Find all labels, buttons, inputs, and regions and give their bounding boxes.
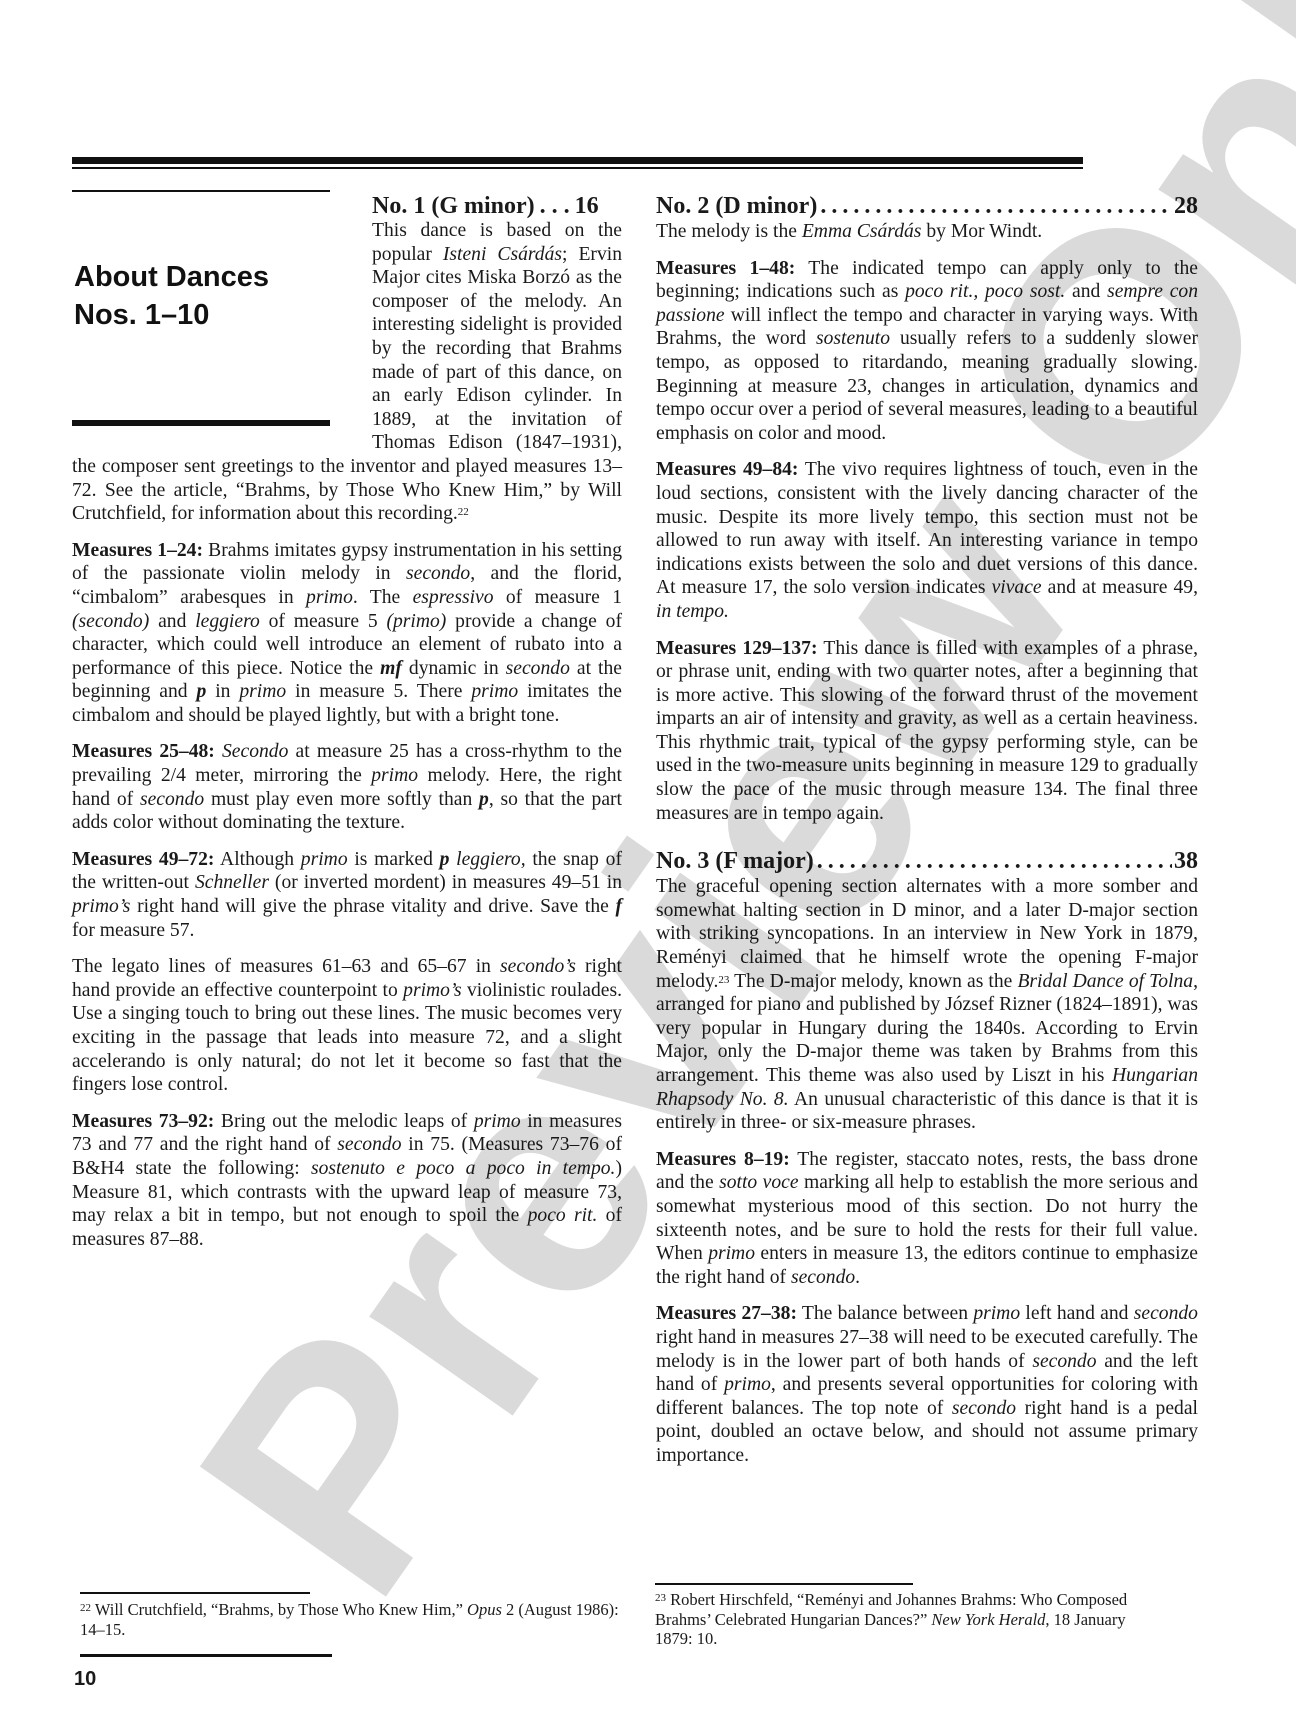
dance1-legato-paragraph: The legato lines of measures 61–63 and 6… — [72, 955, 622, 1097]
dance2-dots: ........................................… — [817, 192, 1172, 220]
dance2-measures-49-84: Measures 49–84: The vivo requires lightn… — [656, 458, 1198, 623]
dance2-measures-129-137: Measures 129–137: This dance is filled w… — [656, 637, 1198, 826]
dynamic-f: f — [615, 896, 622, 917]
sidebar-float-spacer — [72, 219, 372, 437]
dynamic-p: p — [479, 789, 489, 810]
dance2-measures-1-48: Measures 1–48: The indicated tempo can a… — [656, 257, 1198, 446]
dance1-measures-1-24: Measures 1–24: Brahms imitates gypsy ins… — [72, 539, 622, 728]
dance1-measures-25-48: Measures 25–48: Secondo at measure 25 ha… — [72, 740, 622, 834]
dance1-measures-49-72: Measures 49–72: Although primo is marked… — [72, 848, 622, 942]
dynamic-p: p — [197, 681, 207, 702]
dance2-page-ref: 28 — [1172, 192, 1198, 220]
dance1-heading: No. 1 (G minor) . . . 16 — [372, 192, 622, 220]
dance3-intro: The graceful opening section alternates … — [656, 875, 1198, 1135]
header-rule-thin — [72, 167, 1083, 169]
dance2-title: No. 2 (D minor) — [656, 192, 817, 220]
dance1-intro: This dance is based on the popular Isten… — [72, 219, 622, 526]
footnote-rule-right — [655, 1583, 913, 1585]
dance3-measures-27-38: Measures 27–38: The balance between prim… — [656, 1302, 1198, 1467]
dance3-title: No. 3 (F major) — [656, 847, 814, 875]
dance2-heading: No. 2 (D minor) ........................… — [656, 192, 1198, 220]
dance3-heading: No. 3 (F major) ........................… — [656, 847, 1198, 875]
dance3-measures-8-19: Measures 8–19: The register, staccato no… — [656, 1148, 1198, 1290]
dance2-intro: The melody is the Emma Csárdás by Mor Wi… — [656, 220, 1198, 244]
sidebar-rule-top — [72, 190, 330, 192]
dance3-dots: ........................................… — [814, 847, 1172, 875]
footer-rule — [80, 1654, 332, 1657]
dynamic-p: p — [440, 849, 450, 870]
dance1-intro-block: No. 1 (G minor) . . . 16 — [372, 192, 622, 220]
header-rule-thick — [72, 157, 1083, 164]
footnote-ref-22[interactable]: 22 — [458, 506, 469, 518]
dance1-page-ref: 16 — [575, 192, 599, 220]
dance3-page-ref: 38 — [1172, 847, 1198, 875]
footnote-ref-23[interactable]: 23 — [718, 974, 729, 986]
dance1-title: No. 1 (G minor) — [372, 192, 535, 220]
page-number: 10 — [74, 1668, 96, 1691]
right-column: No. 2 (D minor) ........................… — [656, 192, 1198, 1481]
left-column: This dance is based on the popular Isten… — [72, 219, 622, 1264]
footnote-rule-left — [80, 1592, 310, 1594]
dance1-measures-73-92: Measures 73–92: Bring out the melodic le… — [72, 1110, 622, 1252]
dance1-dots: . . . — [535, 192, 575, 220]
dynamic-mf: mf — [380, 658, 402, 679]
footnote-22: 22 Will Crutchfield, “Brahms, by Those W… — [80, 1600, 620, 1639]
footnote-23: 23 Robert Hirschfeld, “Reményi and Johan… — [655, 1590, 1155, 1649]
